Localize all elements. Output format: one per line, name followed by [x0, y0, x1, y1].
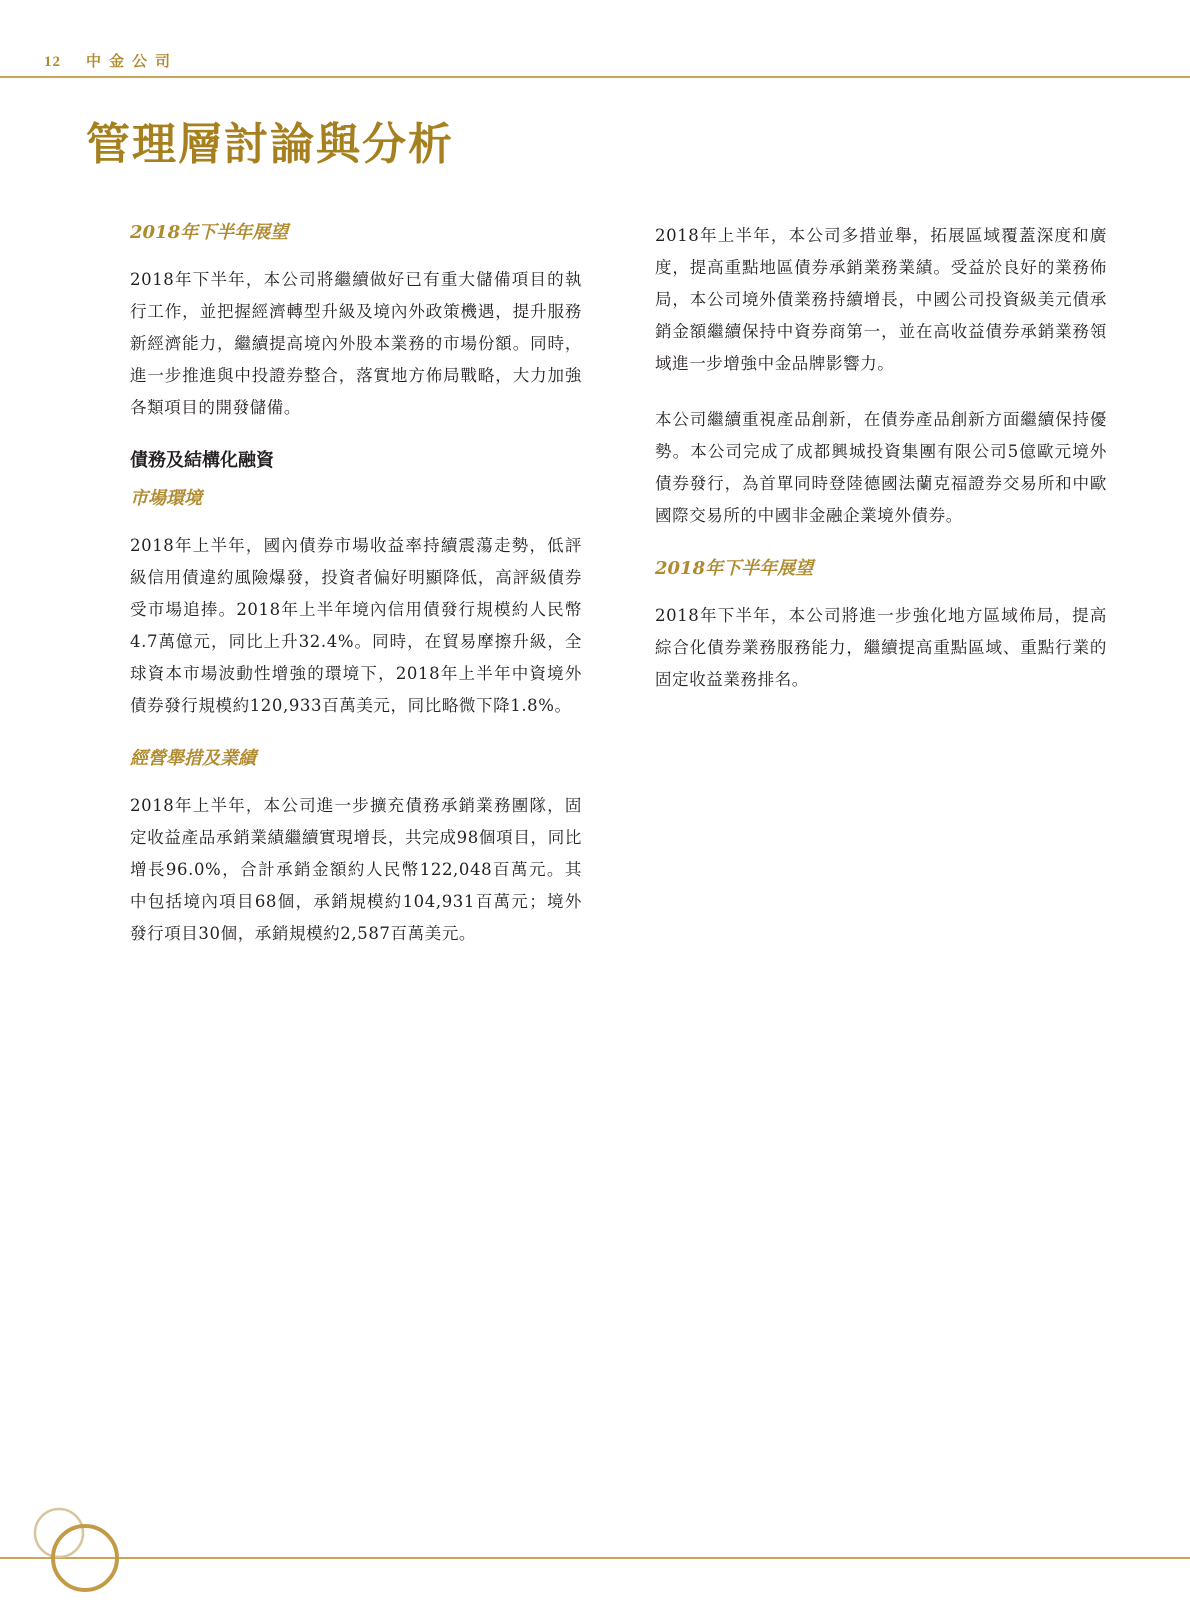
- page-title: 管理層討論與分析: [86, 108, 454, 172]
- decorative-circles-icon: [0, 1490, 140, 1600]
- operations-paragraph: 2018年上半年，本公司進一步擴充債務承銷業務團隊，固定收益產品承銷業績繼續實現…: [130, 790, 582, 950]
- header-divider: [0, 76, 1190, 78]
- page-number: 12: [44, 54, 86, 71]
- market-environment-heading: 市場環境: [130, 486, 582, 512]
- regional-coverage-paragraph: 2018年上半年，本公司多措並舉，拓展區域覆蓋深度和廣度，提高重點地區債券承銷業…: [655, 220, 1107, 380]
- product-innovation-paragraph: 本公司繼續重視產品創新，在債券產品創新方面繼續保持優勢。本公司完成了成都興城投資…: [655, 404, 1107, 532]
- outlook-paragraph: 2018年下半年，本公司將繼續做好已有重大儲備項目的執行工作，並把握經濟轉型升級…: [130, 264, 582, 424]
- left-column: 2018年下半年展望 2018年下半年，本公司將繼續做好已有重大儲備項目的執行工…: [130, 220, 582, 974]
- operations-heading: 經營舉措及業績: [130, 746, 582, 772]
- market-environment-paragraph: 2018年上半年，國內債券市場收益率持續震蕩走勢，低評級信用債違約風險爆發，投資…: [130, 530, 582, 722]
- outlook-heading: 2018年下半年展望: [130, 220, 582, 246]
- footer-divider: [0, 1557, 1190, 1559]
- running-header: 12中金公司: [44, 50, 178, 71]
- outlook-heading-right: 2018年下半年展望: [655, 556, 1107, 582]
- company-name: 中金公司: [86, 54, 178, 70]
- outlook-paragraph-right: 2018年下半年，本公司將進一步強化地方區域佈局，提高綜合化債券業務服務能力，繼…: [655, 600, 1107, 696]
- right-column: 2018年上半年，本公司多措並舉，拓展區域覆蓋深度和廣度，提高重點地區債券承銷業…: [655, 220, 1107, 720]
- section-heading-debt-financing: 債務及結構化融資: [130, 448, 582, 474]
